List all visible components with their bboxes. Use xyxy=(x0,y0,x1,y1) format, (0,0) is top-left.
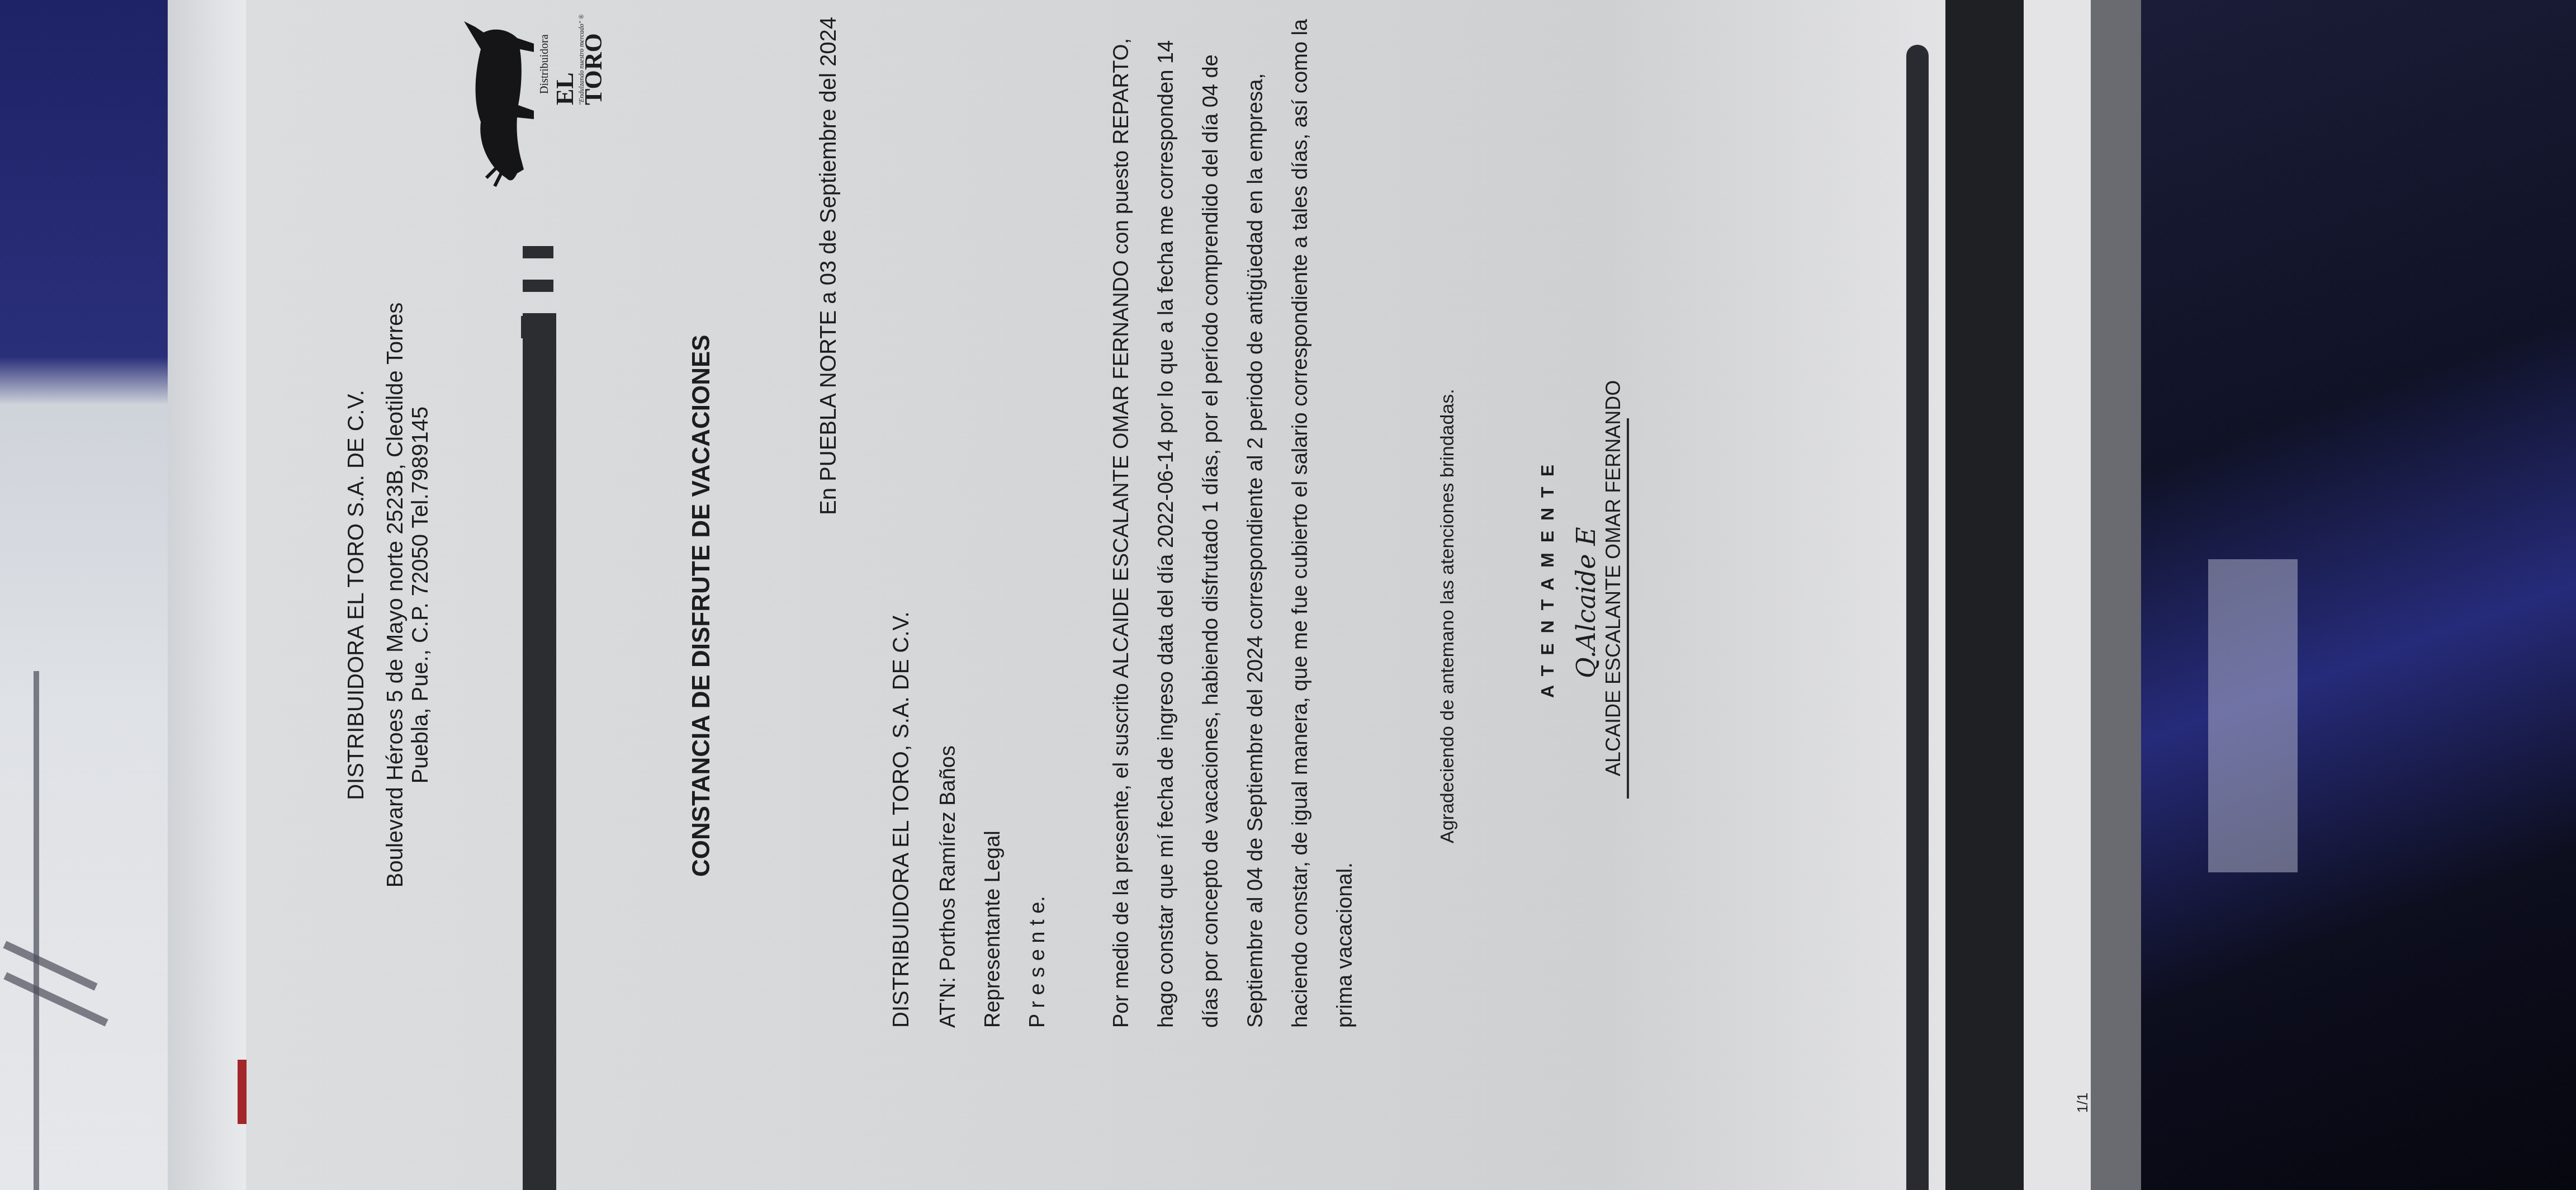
binder-edge xyxy=(1906,45,1929,1190)
red-tab-marker xyxy=(238,1060,247,1124)
document-title: CONSTANCIA DE DISFRUTE DE VACACIONES xyxy=(688,334,716,877)
company-address-line2: Puebla, Pue., C.P. 72050 Tel.7989145 xyxy=(408,0,433,1190)
body-line: Por medio de la presente, el suscrito AL… xyxy=(1110,38,1134,1028)
body-line: hago constar que mí fecha de ingreso dat… xyxy=(1154,40,1178,1028)
recipient-company: DISTRIBUIDORA EL TORO, S.A. DE C.V. xyxy=(889,611,914,1028)
background-scene xyxy=(2141,0,2576,1190)
document-edge xyxy=(168,0,246,1190)
logo-small-text: Distribuidora xyxy=(538,34,551,94)
desk-edge xyxy=(2091,0,2141,1190)
signature-underline xyxy=(1627,418,1629,799)
body-line: Septiembre al 04 de Septiembre del 2024 … xyxy=(1244,73,1268,1028)
closing-line: Agradeciendo de antemano las atenciones … xyxy=(1437,389,1459,843)
company-address-line1: Boulevard Héroes 5 de Mayo norte 2523B, … xyxy=(383,0,408,1190)
binder-frame xyxy=(1945,0,2024,1190)
recipient-role: Representante Legal xyxy=(981,830,1005,1028)
body-line: días por concepto de vacaciones, habiend… xyxy=(1199,54,1223,1028)
atentamente-label: ATENTAMENTE xyxy=(1537,455,1558,698)
recipient-attn: AT'N: Porthos Ramírez Baños xyxy=(936,745,960,1028)
signer-name: ALCAIDE ESCALANTE OMAR FERNANDO xyxy=(1602,380,1625,776)
logo-tagline: "Endulzando nuestro mercado" ® xyxy=(577,14,586,105)
plastic-glare xyxy=(2208,559,2298,872)
document-content: DISTRIBUIDORA EL TORO S.A. DE C.V. Boule… xyxy=(246,0,1945,1190)
signature: Q.Alcaide E xyxy=(1571,527,1601,678)
date-line: En PUEBLA NORTE a 03 de Septiembre del 2… xyxy=(816,17,841,515)
recipient-presente: P r e s e n t e. xyxy=(1026,896,1050,1028)
company-logo: Distribuidora EL TORO "Endulzando nuestr… xyxy=(456,4,590,189)
page-number: 1/1 xyxy=(2074,1093,2091,1113)
body-line: prima vacacional. xyxy=(1333,862,1357,1028)
body-line: haciendo constar, de igual manera, que m… xyxy=(1289,19,1313,1028)
plastic-fold-line xyxy=(34,671,39,1190)
bull-icon xyxy=(456,10,539,189)
page-margin-strip xyxy=(2024,0,2091,1190)
company-name: DISTRIBUIDORA EL TORO S.A. DE C.V. xyxy=(344,0,369,1190)
